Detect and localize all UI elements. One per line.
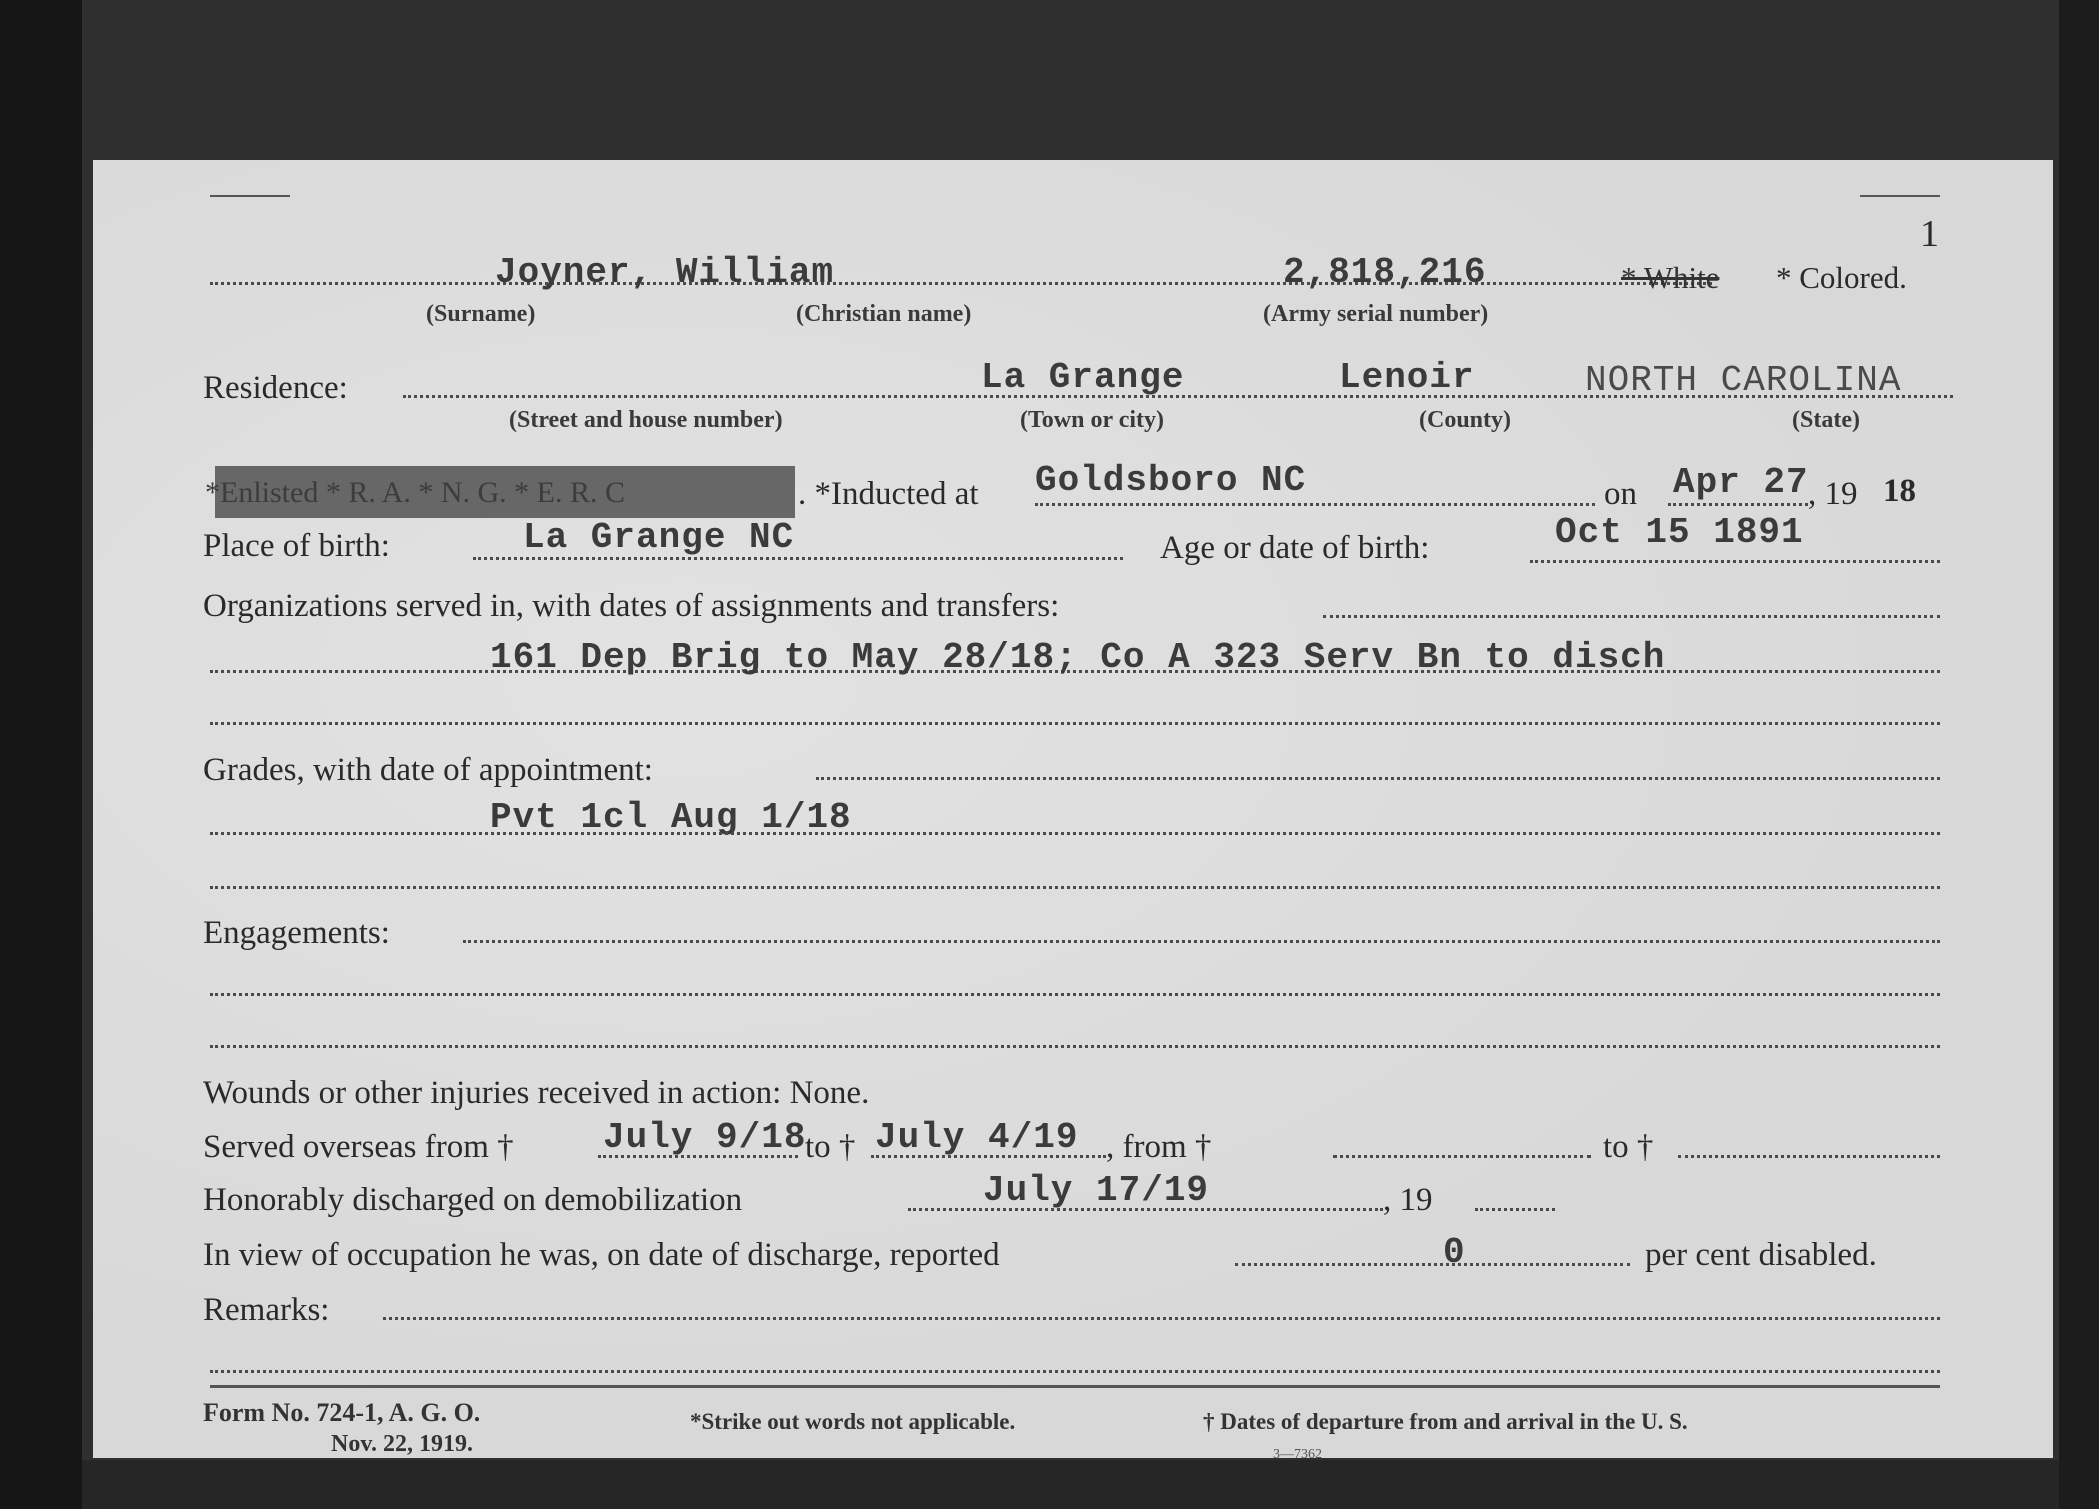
surname-label: (Surname) — [426, 302, 535, 326]
induction-date-line — [1668, 503, 1808, 506]
race-colored: * Colored. — [1776, 262, 1907, 293]
date-of-birth-value: Oct 15 1891 — [1555, 515, 1804, 551]
remarks-line-1 — [383, 1317, 1940, 1320]
disability-value: 0 — [1443, 1235, 1466, 1271]
strike-note: *Strike out words not applicable. — [690, 1410, 1015, 1433]
overseas-to-date: July 4/19 — [875, 1120, 1078, 1156]
overseas-to-line — [871, 1155, 1106, 1158]
street-label: (Street and house number) — [509, 408, 783, 432]
engagements-line-1 — [463, 940, 1940, 943]
overseas-from2-line — [1333, 1155, 1591, 1158]
discharge-date: July 17/19 — [983, 1173, 1209, 1209]
overseas-to2-line — [1678, 1155, 1940, 1158]
name-value: Joyner, William — [495, 255, 834, 291]
serial-number-value: 2,818,216 — [1283, 255, 1486, 291]
enlistment-struck-text: *Enlisted * R. A. * N. G. * E. R. C — [205, 478, 625, 508]
residence-label: Residence: — [203, 372, 348, 405]
footer-rule — [210, 1385, 1940, 1388]
dagger-note: † Dates of departure from and arrival in… — [1203, 1410, 1688, 1433]
discharge-year-line — [1475, 1208, 1555, 1211]
overseas-from-line — [598, 1155, 798, 1158]
inducted-line — [1035, 503, 1595, 506]
grades-line-1 — [816, 777, 1940, 780]
overseas-to-label: to † — [805, 1131, 855, 1164]
town-label: (Town or city) — [1020, 408, 1164, 432]
county-label: (County) — [1419, 408, 1511, 432]
scan-border-right — [2059, 0, 2099, 1509]
organizations-line-1 — [1323, 615, 1940, 618]
serial-number-label: (Army serial number) — [1263, 302, 1488, 326]
date-of-birth-line — [1530, 560, 1940, 563]
print-code: 3—7362 — [1273, 1447, 1322, 1463]
engagements-label: Engagements: — [203, 917, 390, 950]
service-record-card: 1 Joyner, William (Surname) (Christian n… — [93, 160, 2053, 1458]
residence-county: Lenoir — [1339, 360, 1475, 396]
form-number: Form No. 724-1, A. G. O. — [203, 1400, 480, 1426]
on-label: on — [1604, 478, 1637, 511]
overseas-from-label: Served overseas from † — [203, 1131, 514, 1164]
induction-year-suffix: 18 — [1883, 475, 1916, 508]
christian-name-label: (Christian name) — [796, 302, 971, 326]
organizations-line-3 — [210, 722, 1940, 725]
card-number: 1 — [1920, 215, 1939, 253]
grades-line-2 — [210, 832, 1940, 835]
inducted-at-value: Goldsboro NC — [1035, 463, 1306, 499]
remarks-label: Remarks: — [203, 1294, 329, 1327]
overseas-to2-label: to † — [1603, 1131, 1653, 1164]
top-left-rule — [210, 195, 290, 197]
scan-border-left — [0, 0, 82, 1509]
disability-suffix: per cent disabled. — [1645, 1239, 1877, 1272]
engagements-line-3 — [210, 1045, 1940, 1048]
form-date: Nov. 22, 1919. — [331, 1432, 473, 1456]
place-of-birth-value: La Grange NC — [523, 520, 794, 556]
disability-line — [1235, 1263, 1630, 1266]
residence-state: NORTH CAROLINA — [1585, 363, 1901, 399]
race-white-struck: * White — [1621, 262, 1719, 293]
grades-value: Pvt 1cl Aug 1/18 — [490, 800, 852, 836]
induction-date: Apr 27 — [1673, 465, 1809, 501]
overseas-from2-label: , from † — [1106, 1131, 1211, 1164]
wounds-label: Wounds or other injuries received in act… — [203, 1077, 869, 1110]
disability-label: In view of occupation he was, on date of… — [203, 1239, 1000, 1272]
overseas-from-date: July 9/18 — [603, 1120, 806, 1156]
top-right-rule — [1860, 195, 1940, 197]
discharge-year-label: , 19 — [1383, 1184, 1433, 1217]
inducted-label: . *Inducted at — [798, 478, 979, 511]
scan-background-bottom — [82, 1460, 2059, 1509]
remarks-line-2 — [210, 1370, 1940, 1373]
organizations-value: 161 Dep Brig to May 28/18; Co A 323 Serv… — [490, 640, 1665, 676]
name-line — [210, 282, 1712, 285]
induction-year-prefix: , 19 — [1808, 478, 1858, 511]
discharge-line — [908, 1208, 1383, 1211]
organizations-label: Organizations served in, with dates of a… — [203, 590, 1059, 623]
state-label: (State) — [1792, 408, 1860, 432]
residence-town: La Grange — [981, 360, 1184, 396]
engagements-line-2 — [210, 993, 1940, 996]
place-of-birth-line — [473, 557, 1123, 560]
grades-label: Grades, with date of appointment: — [203, 754, 653, 787]
discharge-label: Honorably discharged on demobilization — [203, 1184, 742, 1217]
grades-line-3 — [210, 886, 1940, 889]
place-of-birth-label: Place of birth: — [203, 530, 390, 563]
date-of-birth-label: Age or date of birth: — [1160, 532, 1429, 565]
